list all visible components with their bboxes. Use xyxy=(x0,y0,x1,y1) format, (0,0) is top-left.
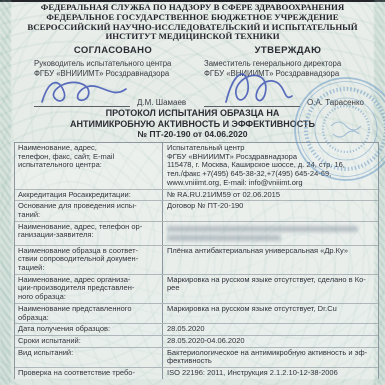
row-value: Плёнка антибактериальная универсальная «… xyxy=(162,246,378,274)
table-row: Дата получения образцов: 28.05.2020 xyxy=(15,323,378,335)
row-label: Сроки испытаний: xyxy=(15,336,162,347)
row-label: Наименование представленного образца: xyxy=(15,304,162,323)
title-line2: АНТИМИКРОБНУЮ АКТИВНОСТЬ И ЭФФЕКТИВНОСТЬ xyxy=(0,119,385,130)
redacted-text-blur xyxy=(167,226,358,232)
scanned-protocol-document: ФЕДЕРАЛЬНАЯ СЛУЖБА ПО НАДЗОРУ В СФЕРЕ ЗД… xyxy=(0,0,385,385)
row-label: Вид испытаний: xyxy=(15,348,162,367)
table-row: Аккредитация Росаккредитации: № RA.RU.21… xyxy=(15,189,378,201)
table-row: Вид испытаний: Бактериологическое на ант… xyxy=(15,347,378,367)
agreed-role-line1: Руководитель испытательного центра xyxy=(34,59,192,68)
organization-header: ФЕДЕРАЛЬНАЯ СЛУЖБА ПО НАДЗОРУ В СФЕРЕ ЗД… xyxy=(8,3,377,42)
approved-heading: УТВЕРЖДАЮ xyxy=(204,46,372,55)
protocol-table-body: Наименование, адрес, телефон, факс, сайт… xyxy=(15,143,378,379)
row-value: Маркировка на русском языке отсутствует,… xyxy=(162,275,378,303)
row-value: 28.05.2020 xyxy=(162,324,378,335)
row-value: ISO 22196: 2011, Инструкция 2.1.2.10-12-… xyxy=(162,368,378,379)
approved-signer-name: О.А. Тарасенко xyxy=(307,98,364,107)
approved-role-line1: Заместитель генерального директора xyxy=(204,59,372,68)
row-label: Проверка на соответствие требо- xyxy=(15,368,162,379)
row-label: Наименование, адрес, телефон, факс, сайт… xyxy=(15,143,162,189)
approval-blocks: СОГЛАСОВАНО Руководитель испытательного … xyxy=(0,46,385,107)
signature-line xyxy=(34,96,130,107)
table-row: Наименование, адрес, телефон, факс, сайт… xyxy=(15,143,378,189)
row-label: Аккредитация Росаккредитации: xyxy=(15,190,162,201)
approved-role-line2: ФГБУ «ВНИИИМТ» Росздравнадзора xyxy=(204,69,372,78)
protocol-number: № ПТ-20-190 от 04.06.2020 xyxy=(0,129,385,140)
row-value: 28.05.2020-04.06.2020 xyxy=(162,336,378,347)
agreed-signer-name: Д.М. Шамаев xyxy=(137,98,186,107)
title-line1: ПРОТОКОЛ ИСПЫТАНИЯ ОБРАЗЦА НА xyxy=(0,108,385,119)
table-row: Наименование образца в соответ- ствии со… xyxy=(15,245,378,274)
signature-line xyxy=(204,96,300,107)
row-value: № RA.RU.21ИМ59 от 02.06.2015 xyxy=(162,190,378,201)
agreed-block: СОГЛАСОВАНО Руководитель испытательного … xyxy=(34,46,192,107)
agreed-signature-row: Д.М. Шамаев xyxy=(34,96,192,107)
row-label: Основание для проведения испы- таний: xyxy=(15,201,162,220)
protocol-table: Наименование, адрес, телефон, факс, сайт… xyxy=(14,142,379,379)
table-row: Наименование представленного образца: Ма… xyxy=(15,303,378,323)
row-value: Договор № ПТ-20-190 xyxy=(162,201,378,220)
table-row: Наименование, адрес организа- ции-произв… xyxy=(15,274,378,303)
agreed-heading: СОГЛАСОВАНО xyxy=(34,46,192,55)
agreed-role-line2: ФГБУ «ВНИИИМТ» Росздравнадзора xyxy=(34,69,192,78)
row-value: Бактериологическое на антимикробную акти… xyxy=(162,348,378,367)
approved-block: УТВЕРЖДАЮ Заместитель генерального дирек… xyxy=(204,46,372,107)
row-label: Дата получения образцов: xyxy=(15,324,162,335)
table-row: Проверка на соответствие требо- ISO 2219… xyxy=(15,367,378,379)
header-line: ИНСТИТУТ МЕДИЦИНСКОЙ ТЕХНИКИ xyxy=(8,32,377,42)
row-value xyxy=(162,222,378,245)
row-label: Наименование, адрес, телефон ор- ганизац… xyxy=(15,222,162,245)
row-label: Наименование образца в соответ- ствии со… xyxy=(15,246,162,274)
row-value: Маркировка на русском языке отсутствует,… xyxy=(162,304,378,323)
table-row: Основание для проведения испы- таний: До… xyxy=(15,200,378,220)
protocol-title: ПРОТОКОЛ ИСПЫТАНИЯ ОБРАЗЦА НА АНТИМИКРОБ… xyxy=(0,108,385,140)
table-row: Наименование, адрес, телефон ор- ганизац… xyxy=(15,221,378,245)
row-value: Испытательный центр ФГБУ «ВНИИИМТ» Росзд… xyxy=(162,143,378,189)
approved-signature-row: О.А. Тарасенко xyxy=(204,96,372,107)
row-label: Наименование, адрес организа- ции-произв… xyxy=(15,275,162,303)
table-row: Сроки испытаний: 28.05.2020-04.06.2020 xyxy=(15,335,378,347)
redacted-text-blur xyxy=(167,235,281,241)
